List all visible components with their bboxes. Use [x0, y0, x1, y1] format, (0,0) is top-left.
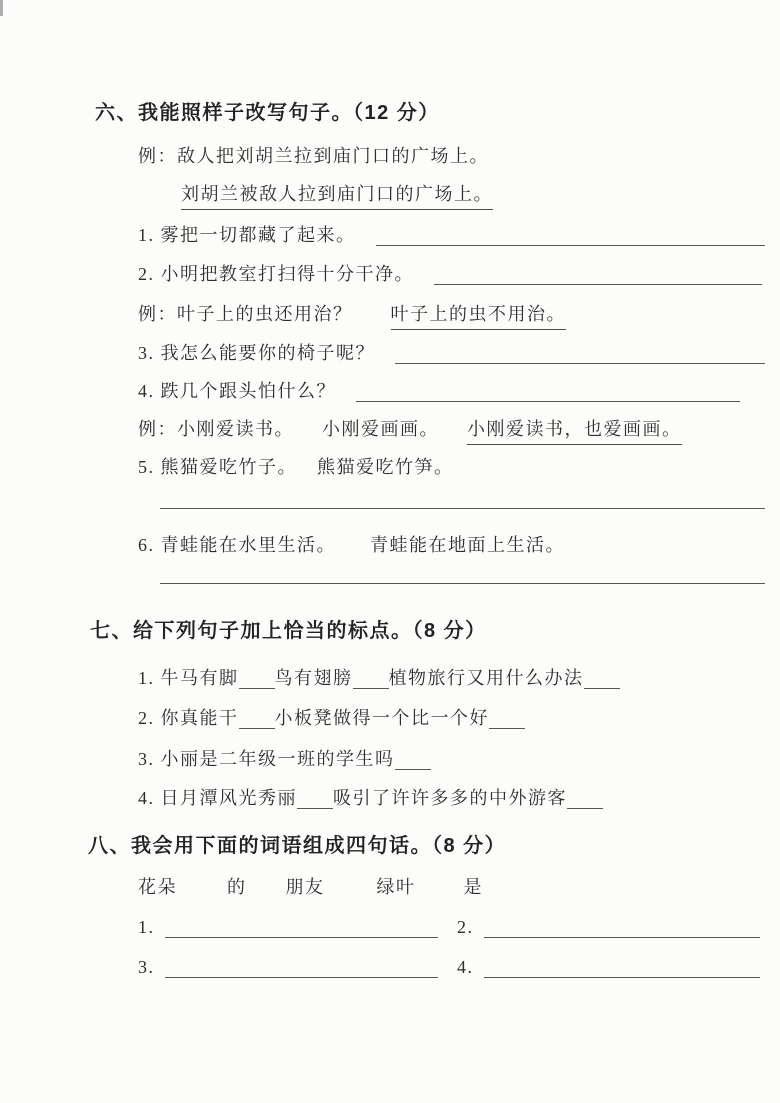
s8-answer-label-4: 4. — [457, 954, 474, 980]
s6-question-3: 3. 我怎么能要你的椅子呢？ — [138, 340, 375, 366]
s6-example2-row: 例：叶子上的虫还用治？ 叶子上的虫不用治。 — [138, 301, 566, 330]
s7-question-1-part-c: 植物旅行又用什么办法 — [389, 665, 584, 691]
s6-question-4: 4. 跌几个跟头怕什么？ — [138, 378, 336, 404]
s6-example1-answer: 刘胡兰被敌人拉到庙门口的广场上。 — [181, 181, 493, 210]
s8-answer-blank-3 — [165, 977, 439, 978]
s8-answer-1-row: 1. — [138, 914, 438, 940]
s8-word: 朋友 — [286, 874, 325, 900]
s8-answer-2-row: 2. — [457, 914, 760, 940]
worksheet-page: 六、我能照样子改写句子。（12 分） 例：敌人把刘胡兰拉到庙门口的广场上。 刘胡… — [0, 0, 780, 1103]
s7-question-1-part-b: 鸟有翅膀 — [275, 665, 353, 691]
s6-question-6-part-b: 青蛙能在地面上生活。 — [370, 532, 565, 558]
s7-question-4-row: 4. 日月潭风光秀丽 吸引了许许多多的中外游客 — [138, 785, 603, 811]
s6-answer-blank-4 — [356, 401, 740, 402]
s8-answer-label-3: 3. — [138, 954, 155, 980]
s8-word: 绿叶 — [377, 874, 416, 900]
s7-punctuation-blank — [239, 728, 275, 729]
s6-example2-prompt: 例：叶子上的虫还用治？ — [138, 301, 353, 327]
s7-question-1-row: 1. 牛马有脚 鸟有翅膀 植物旅行又用什么办法 — [138, 665, 620, 691]
s8-answer-blank-1 — [165, 937, 439, 938]
s6-answer-blank-2 — [434, 284, 762, 285]
section-seven-heading: 七、给下列句子加上恰当的标点。（8 分） — [90, 618, 487, 644]
scan-edge-artifact — [0, 0, 3, 16]
s6-question-5-part-a: 5. 熊猫爱吃竹子。 — [138, 454, 297, 480]
s6-question-5-row: 5. 熊猫爱吃竹子。 熊猫爱吃竹笋。 — [138, 454, 454, 480]
s6-example3-answer: 小刚爱读书，也爱画画。 — [467, 416, 682, 445]
section-eight-heading: 八、我会用下面的词语组成四句话。（8 分） — [88, 833, 506, 859]
s7-punctuation-blank — [489, 728, 525, 729]
s7-question-4-part-b: 吸引了许许多多的中外游客 — [333, 785, 567, 811]
s6-example3-prompt-b: 小刚爱画画。 — [322, 416, 439, 442]
s6-answer-line-5 — [160, 508, 765, 509]
section-six-heading: 六、我能照样子改写句子。（12 分） — [95, 100, 440, 126]
s6-question-2-row: 2. 小明把教室打扫得十分干净。 — [138, 261, 762, 287]
s7-question-2-part-b: 小板凳做得一个比一个好 — [275, 705, 490, 731]
s6-question-6-row: 6. 青蛙能在水里生活。 青蛙能在地面上生活。 — [138, 532, 565, 558]
s8-answer-label-1: 1. — [138, 914, 155, 940]
s8-answer-label-2: 2. — [457, 914, 474, 940]
s8-answer-blank-4 — [484, 977, 761, 978]
s7-punctuation-blank — [297, 808, 333, 809]
s6-question-6-part-a: 6. 青蛙能在水里生活。 — [138, 532, 336, 558]
s6-question-4-row: 4. 跌几个跟头怕什么？ — [138, 378, 740, 404]
s6-answer-blank-1 — [376, 245, 766, 246]
s6-example2-answer: 叶子上的虫不用治。 — [391, 301, 567, 330]
s6-example1-prompt: 例：敌人把刘胡兰拉到庙门口的广场上。 — [138, 143, 489, 169]
s8-word: 花朵 — [138, 874, 177, 900]
s6-answer-line-6 — [160, 583, 765, 584]
s7-punctuation-blank — [395, 769, 431, 770]
s6-question-3-row: 3. 我怎么能要你的椅子呢？ — [138, 340, 765, 366]
s6-question-1-row: 1. 雾把一切都藏了起来。 — [138, 222, 765, 248]
s6-question-5-part-b: 熊猫爱吃竹笋。 — [317, 454, 454, 480]
s7-punctuation-blank — [567, 808, 603, 809]
s7-question-2-row: 2. 你真能干 小板凳做得一个比一个好 — [138, 705, 525, 731]
s6-example3-row: 例：小刚爱读书。 小刚爱画画。 小刚爱读书，也爱画画。 — [138, 416, 682, 445]
s6-example3-prompt-a: 例：小刚爱读书。 — [138, 416, 294, 442]
s8-word: 是 — [464, 874, 484, 900]
s6-answer-blank-3 — [395, 363, 765, 364]
s8-word: 的 — [227, 874, 247, 900]
s7-punctuation-blank — [584, 688, 620, 689]
s7-question-3-part-a: 3. 小丽是二年级一班的学生吗 — [138, 746, 395, 772]
s7-question-3-row: 3. 小丽是二年级一班的学生吗 — [138, 746, 431, 772]
s7-punctuation-blank — [353, 688, 389, 689]
s8-answer-4-row: 4. — [457, 954, 760, 980]
s7-question-2-part-a: 2. 你真能干 — [138, 705, 239, 731]
s8-answer-3-row: 3. — [138, 954, 438, 980]
s7-punctuation-blank — [239, 688, 275, 689]
s7-question-4-part-a: 4. 日月潭风光秀丽 — [138, 785, 297, 811]
s7-question-1-part-a: 1. 牛马有脚 — [138, 665, 239, 691]
s8-answer-blank-2 — [484, 937, 761, 938]
s6-question-2: 2. 小明把教室打扫得十分干净。 — [138, 261, 414, 287]
s6-question-1: 1. 雾把一切都藏了起来。 — [138, 222, 356, 248]
s8-word-bank: 花朵 的 朋友 绿叶 是 — [138, 874, 483, 900]
s6-example1-answer-row: 刘胡兰被敌人拉到庙门口的广场上。 — [181, 181, 493, 210]
